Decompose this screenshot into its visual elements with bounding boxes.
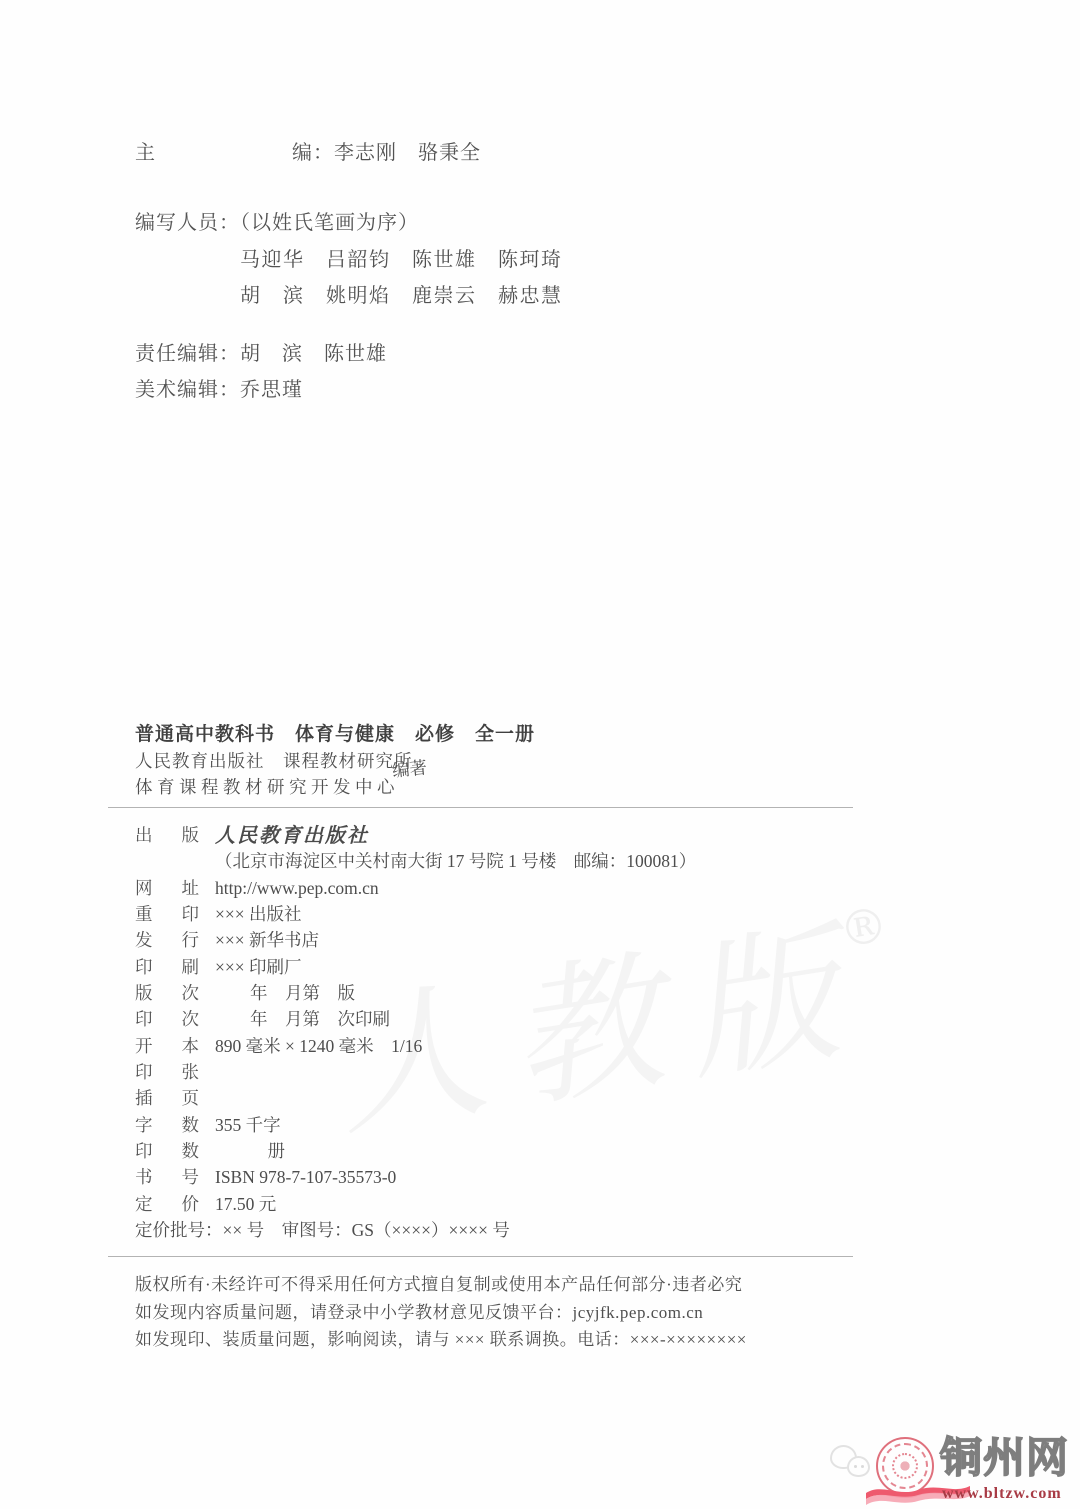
pub-row-reprint: 重印××× 出版社 bbox=[135, 901, 696, 927]
pub-label: 定价 bbox=[135, 1191, 199, 1217]
pub-row-price: 定价17.50 元 bbox=[135, 1191, 696, 1217]
pub-row-edition: 版次 年 月第 版 bbox=[135, 980, 696, 1006]
divider-top bbox=[108, 807, 853, 808]
pub-label bbox=[135, 848, 199, 874]
pub-value: ××× 新华书店 bbox=[215, 927, 319, 953]
pub-row-website: 网址http://www.pep.com.cn bbox=[135, 875, 696, 901]
art-editor-line: 美术编辑：乔思瑾 bbox=[135, 373, 303, 402]
pub-row-publisher: 出版人民教育出版社 bbox=[135, 822, 696, 848]
pub-value: 355 千字 bbox=[215, 1112, 281, 1138]
responsible-editor-label: 责任编辑： bbox=[135, 343, 240, 365]
notice-line: 如发现印、装质量问题，影响阅读，请与 ××× 联系调换。电话：×××-×××××… bbox=[135, 1326, 747, 1354]
compiler-role: 编著 bbox=[391, 754, 428, 783]
pub-row-inserts: 插页 bbox=[135, 1085, 696, 1111]
pub-value: ISBN 978-7-107-35573-0 bbox=[215, 1164, 396, 1190]
responsible-editor-names: 胡 滨 陈世雄 bbox=[240, 343, 387, 365]
pub-value: 年 月第 次印刷 bbox=[215, 1006, 390, 1032]
pub-label: 重印 bbox=[135, 901, 199, 927]
pub-label: 印张 bbox=[135, 1059, 199, 1085]
pub-label: 书号 bbox=[135, 1164, 199, 1190]
pub-row-printrun: 印数 册 bbox=[135, 1138, 696, 1164]
pub-value: （北京市海淀区中关村南大街 17 号院 1 号楼 邮编：100081） bbox=[215, 848, 696, 874]
pub-value: 年 月第 版 bbox=[215, 980, 355, 1006]
publication-info: 出版人民教育出版社 （北京市海淀区中关村南大街 17 号院 1 号楼 邮编：10… bbox=[135, 822, 696, 1244]
registered-trademark-icon: ® bbox=[836, 897, 892, 960]
compiler-line-2: 体育课程教材研究开发中心 bbox=[135, 774, 399, 799]
chief-editor-colon: ： bbox=[313, 142, 334, 164]
publisher-script-logo: 人民教育出版社 bbox=[215, 822, 369, 848]
price-approval-line: 定价批号：×× 号 审图号：GS（××××）×××× 号 bbox=[135, 1217, 696, 1243]
pub-label: 印数 bbox=[135, 1138, 199, 1164]
pub-row-sheets: 印张 bbox=[135, 1059, 696, 1085]
pub-value: ××× 印刷厂 bbox=[215, 954, 301, 980]
art-editor-label: 美术编辑： bbox=[135, 379, 240, 401]
pub-value: 17.50 元 bbox=[215, 1191, 276, 1217]
chief-editor-line: 主编：李志刚 骆秉全 bbox=[135, 136, 481, 165]
pub-row-distribution: 发行××× 新华书店 bbox=[135, 927, 696, 953]
art-editor-names: 乔思瑾 bbox=[240, 379, 303, 401]
writers-note: （以姓氏笔画为序） bbox=[240, 212, 419, 234]
speech-bubble-icon bbox=[847, 1456, 870, 1477]
writers-names-row: 胡 滨 姚明焰 鹿崇云 赫忠慧 bbox=[240, 279, 563, 308]
pub-label: 印次 bbox=[135, 1006, 199, 1032]
divider-bottom bbox=[108, 1256, 853, 1257]
writers-label: 编写人员： bbox=[135, 212, 240, 234]
writers-line: 编写人员：（以姓氏笔画为序） bbox=[135, 206, 419, 235]
pub-label: 开本 bbox=[135, 1033, 199, 1059]
site-name: 铜州网 bbox=[940, 1435, 1069, 1481]
pub-row-format: 开本890 毫米 × 1240 毫米 1/16 bbox=[135, 1033, 696, 1059]
pub-row-impression: 印次 年 月第 次印刷 bbox=[135, 1006, 696, 1032]
pub-label: 出版 bbox=[135, 822, 199, 848]
chief-editor-label: 主编 bbox=[135, 136, 313, 165]
copyright-notices: 版权所有·未经许可不得采用任何方式擅自复制或使用本产品任何部分·违者必究 如发现… bbox=[135, 1271, 747, 1354]
pub-row-wordcount: 字数355 千字 bbox=[135, 1112, 696, 1138]
pub-label: 插页 bbox=[135, 1085, 199, 1111]
pub-row-address: （北京市海淀区中关村南大街 17 号院 1 号楼 邮编：100081） bbox=[135, 848, 696, 874]
chief-editor-names: 李志刚 骆秉全 bbox=[334, 142, 481, 164]
pub-value: ××× 出版社 bbox=[215, 901, 301, 927]
pub-row-printing: 印刷××× 印刷厂 bbox=[135, 954, 696, 980]
pub-label: 网址 bbox=[135, 875, 199, 901]
pub-value: http://www.pep.com.cn bbox=[215, 875, 379, 901]
pub-label: 字数 bbox=[135, 1112, 199, 1138]
responsible-editor-line: 责任编辑：胡 滨 陈世雄 bbox=[135, 337, 387, 366]
notice-line: 如发现内容质量问题，请登录中小学教材意见反馈平台：jcyjfk.pep.com.… bbox=[135, 1299, 747, 1327]
compiler-line-1: 人民教育出版社 课程教材研究所 bbox=[135, 748, 413, 773]
pub-label: 发行 bbox=[135, 927, 199, 953]
copyright-page: 人教版® 主编：李志刚 骆秉全 编写人员：（以姓氏笔画为序） 马迎华 吕韶钧 陈… bbox=[0, 0, 1080, 1509]
notice-line: 版权所有·未经许可不得采用任何方式擅自复制或使用本产品任何部分·违者必究 bbox=[135, 1271, 747, 1299]
pub-value: 890 毫米 × 1240 毫米 1/16 bbox=[215, 1033, 422, 1059]
site-url: www.bltzw.com bbox=[942, 1485, 1062, 1503]
book-title: 普通高中教科书 体育与健康 必修 全一册 bbox=[135, 719, 535, 746]
pub-label: 印刷 bbox=[135, 954, 199, 980]
site-watermark: 铜州网 www.bltzw.com bbox=[828, 1435, 1080, 1507]
writers-names-row: 马迎华 吕韶钧 陈世雄 陈珂琦 bbox=[240, 243, 563, 272]
pub-row-isbn: 书号ISBN 978-7-107-35573-0 bbox=[135, 1164, 696, 1190]
pub-label: 版次 bbox=[135, 980, 199, 1006]
pub-value: 册 bbox=[215, 1138, 285, 1164]
